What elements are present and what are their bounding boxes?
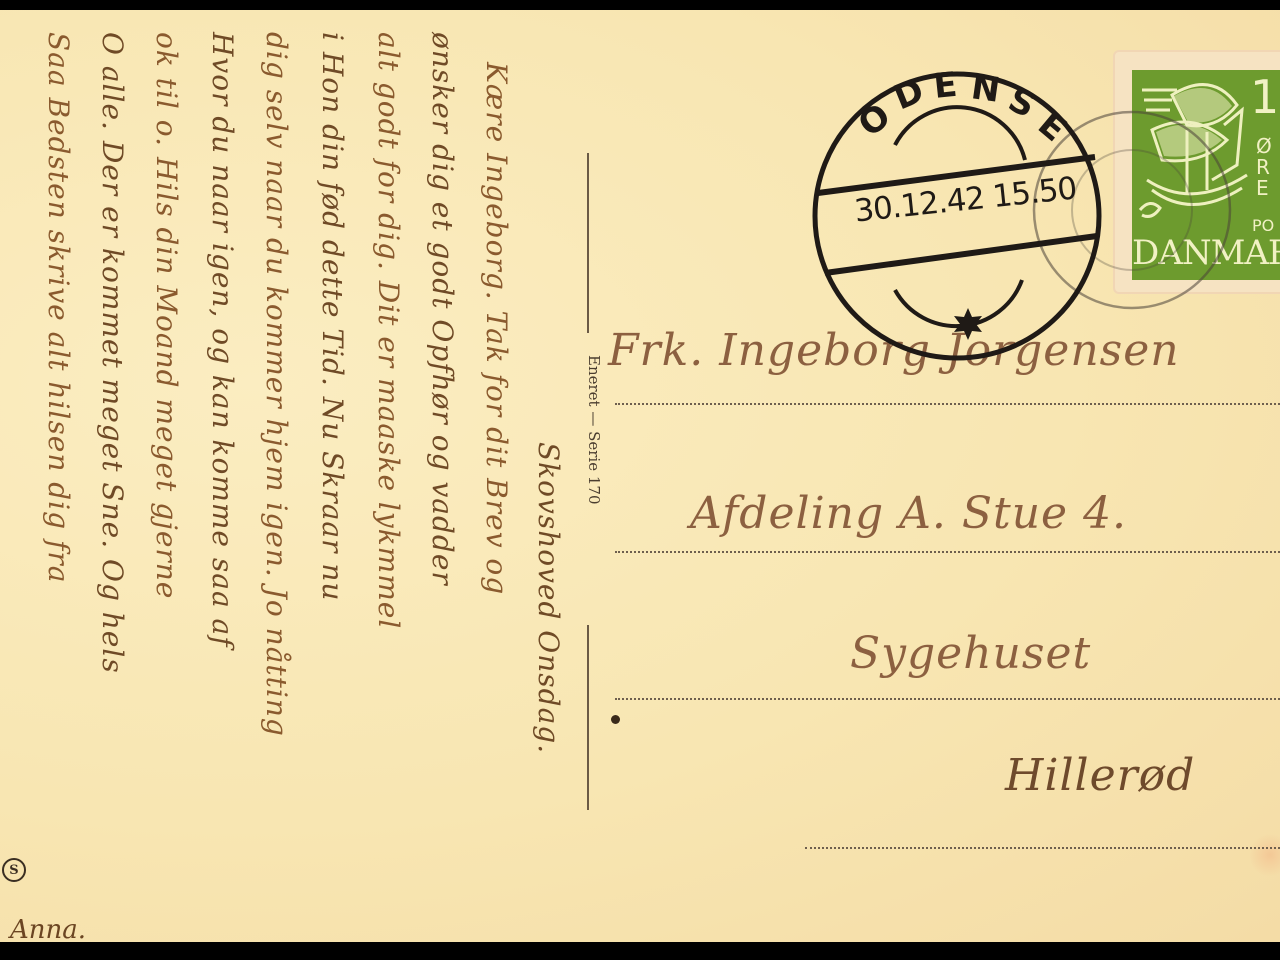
postmark-cancellation: O D E N S E: [0, 10, 1280, 942]
svg-text:O: O: [851, 96, 898, 145]
postcard: Skovshoved Onsdag. Kære Ingeborg. Tak fo…: [0, 10, 1280, 942]
svg-text:E: E: [932, 65, 959, 107]
svg-text:N: N: [969, 67, 1003, 111]
svg-text:S: S: [1002, 80, 1041, 127]
